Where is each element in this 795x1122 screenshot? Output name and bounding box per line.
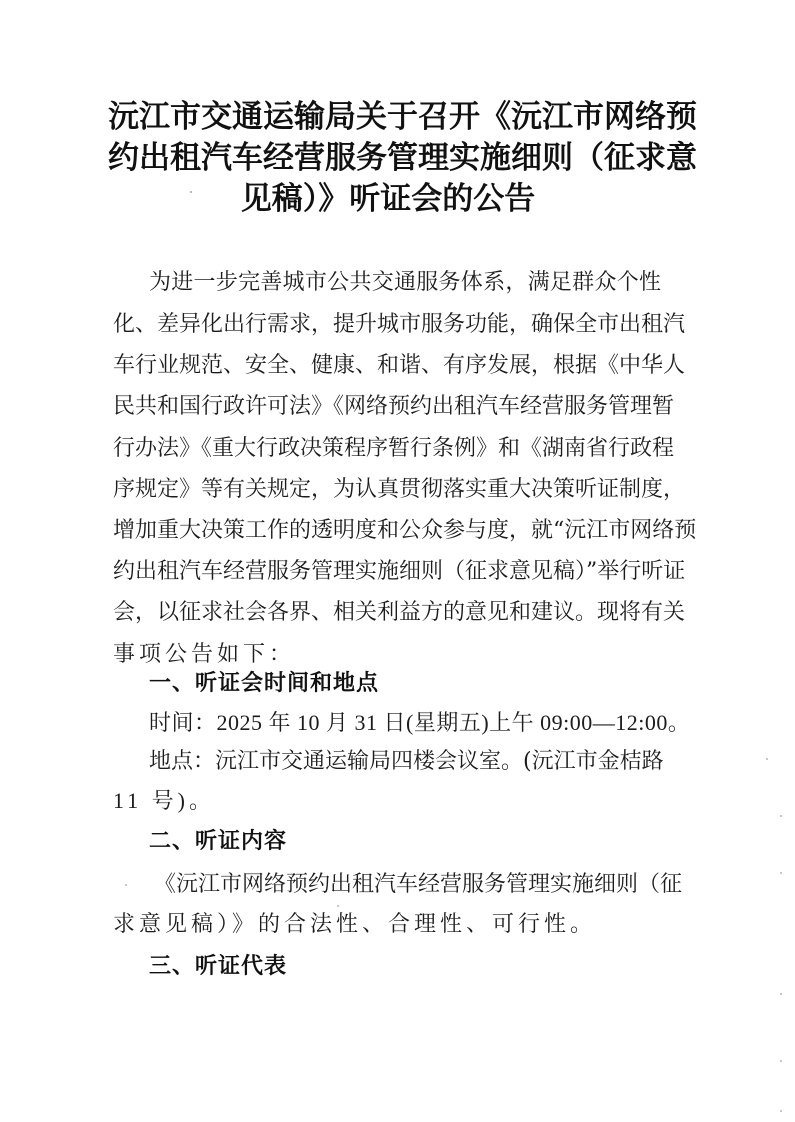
hearing-content-line-2: 求意见稿）》的合法性、合理性、可行性。 (113, 910, 661, 940)
intro-line-10: 事项公告如下： (113, 640, 661, 670)
scan-speck (190, 191, 192, 193)
hearing-location: 地点：沅江市交通运输局四楼会议室。(沅江市金桔路 (149, 747, 661, 777)
document-title-line-2: 约出租汽车经营服务管理实施细则（征求意 (108, 138, 668, 179)
scan-speck (780, 1060, 782, 1062)
intro-line-1: 为进一步完善城市公共交通服务体系，满足群众个性 (149, 268, 661, 298)
intro-line-6: 序规定》等有关规定，为认真贯彻落实重大决策听证制度， (113, 475, 661, 505)
scan-speck (780, 815, 782, 817)
intro-line-8: 约出租汽车经营服务管理实施细则（征求意见稿）”举行听证 (113, 557, 661, 587)
scan-speck (780, 993, 782, 995)
intro-line-4: 民共和国行政许可法》《网络预约出租汽车经营服务管理暂 (113, 392, 661, 422)
scan-speck (780, 1110, 782, 1112)
hearing-location-cont: 11 号)。 (113, 786, 661, 816)
intro-line-9: 会，以征求社会各界、相关利益方的意见和建议。现将有关 (113, 598, 661, 628)
scan-speck (125, 884, 127, 886)
intro-line-7: 增加重大决策工作的透明度和公众参与度，就“沅江市网络预 (113, 516, 661, 546)
intro-line-3: 车行业规范、安全、健康、和谐、有序发展，根据《中华人 (113, 351, 661, 381)
section-heading-representatives: 三、听证代表 (149, 952, 287, 982)
scan-speck (337, 905, 339, 907)
document-page: 沅江市交通运输局关于召开《沅江市网络预 约出租汽车经营服务管理实施细则（征求意 … (0, 0, 795, 1122)
scan-speck (766, 758, 768, 760)
document-title-line-1: 沅江市交通运输局关于召开《沅江市网络预 (108, 97, 668, 138)
hearing-time: 时间：2025 年 10 月 31 日(星期五)上午 09:00—12:00。 (149, 708, 661, 738)
intro-line-5: 行办法》《重大行政决策程序暂行条例》和《湖南省行政程 (113, 434, 661, 464)
section-heading-content: 二、听证内容 (149, 827, 287, 857)
hearing-content-line-1: 《沅江市网络预约出租汽车经营服务管理实施细则（征 (154, 870, 661, 900)
intro-line-2: 化、差异化出行需求，提升城市服务功能，确保全市出租汽 (113, 310, 661, 340)
section-heading-time-location: 一、听证会时间和地点 (149, 669, 379, 699)
scan-speck (780, 872, 782, 874)
document-title-line-3: 见稿）》听证会的公告 (108, 179, 668, 220)
